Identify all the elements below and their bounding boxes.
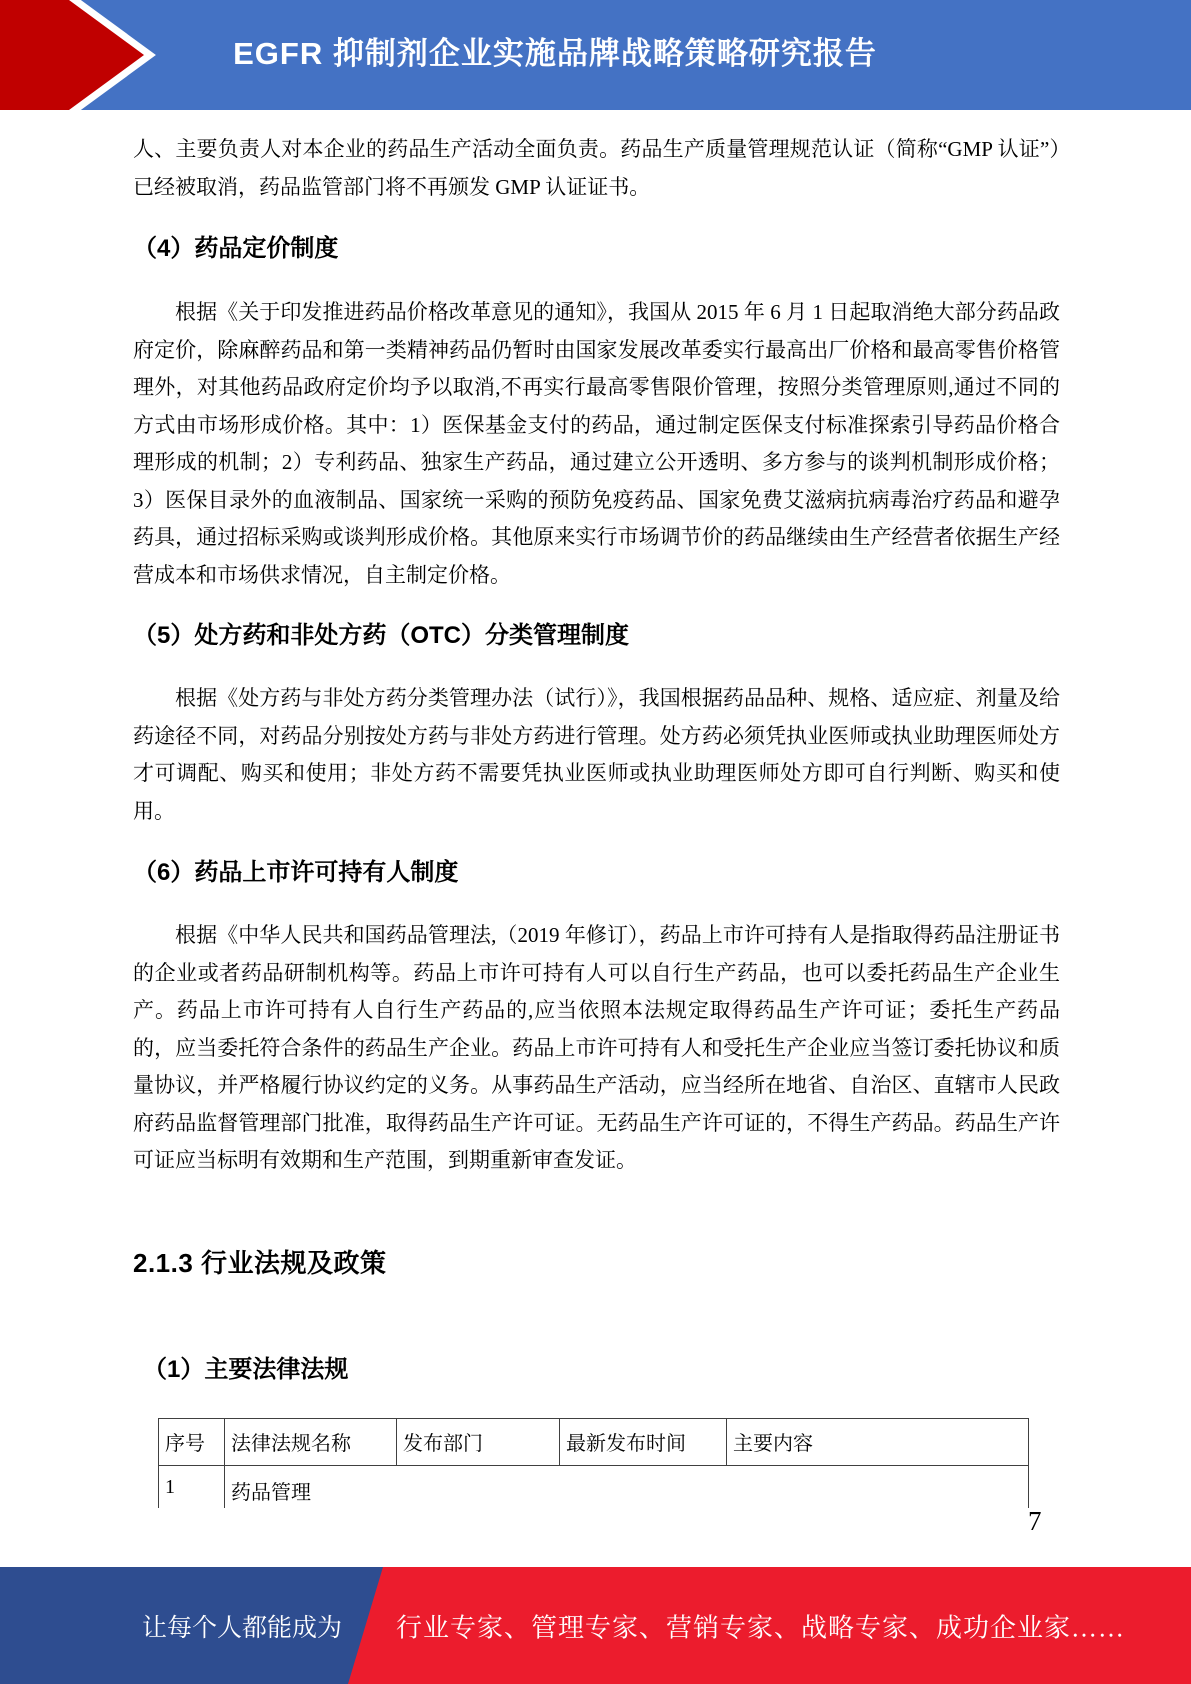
section-6-paragraph: 根据《中华人民共和国药品管理法,（2019 年修订），药品上市许可持有人是指取得… [133,917,1060,1180]
document-page: EGFR 抑制剂企业实施品牌战略策略研究报告 人、主要负责人对本企业的药品生产活… [0,0,1191,1684]
section-5-paragraph: 根据《处方药与非处方药分类管理办法（试行）》，我国根据药品品种、规格、适应症、剂… [133,680,1060,830]
col-header-serial: 序号 [159,1418,225,1465]
section-4-paragraph: 根据《关于印发推进药品价格改革意见的通知》，我国从 2015 年 6 月 1 日… [133,294,1060,594]
table-header-row: 序号 法律法规名称 发布部门 最新发布时间 主要内容 [159,1418,1029,1465]
row-serial-cell: 1 [159,1465,225,1508]
col-header-name: 法律法规名称 [225,1418,397,1465]
main-content: 人、主要负责人对本企业的药品生产活动全面负责。药品生产质量管理规范认证（简称“G… [133,110,1060,1508]
row-category-cell: 药品管理 [225,1465,1029,1508]
page-footer: 让每个人都能成为 行业专家、管理专家、营销专家、战略专家、成功企业家…… [0,1567,1191,1684]
table-row: 1 药品管理 [159,1465,1029,1508]
page-number: 7 [1028,1506,1042,1537]
footer-slogan-left: 让每个人都能成为 [142,1608,342,1644]
laws-table: 序号 法律法规名称 发布部门 最新发布时间 主要内容 1 药品管理 [158,1418,1029,1508]
page-header: EGFR 抑制剂企业实施品牌战略策略研究报告 [0,0,1191,110]
laws-table-container: 序号 法律法规名称 发布部门 最新发布时间 主要内容 1 药品管理 [158,1418,1030,1508]
intro-paragraph: 人、主要负责人对本企业的药品生产活动全面负责。药品生产质量管理规范认证（简称“G… [133,131,1060,206]
col-header-issuer: 发布部门 [397,1418,560,1465]
section-4-heading: （4）药品定价制度 [133,233,1060,265]
section-6-heading: （6）药品上市许可持有人制度 [133,857,1060,889]
footer-slogan-right: 行业专家、管理专家、营销专家、战略专家、成功企业家…… [396,1607,1125,1644]
col-header-content: 主要内容 [727,1418,1029,1465]
subsection-1-heading: （1）主要法律法规 [143,1354,1060,1386]
report-title: EGFR 抑制剂企业实施品牌战略策略研究报告 [0,0,1110,100]
section-5-heading: （5）处方药和非处方药（OTC）分类管理制度 [133,620,1060,652]
col-header-date: 最新发布时间 [560,1418,727,1465]
subsection-2-1-3-heading: 2.1.3 行业法规及政策 [133,1246,1060,1280]
